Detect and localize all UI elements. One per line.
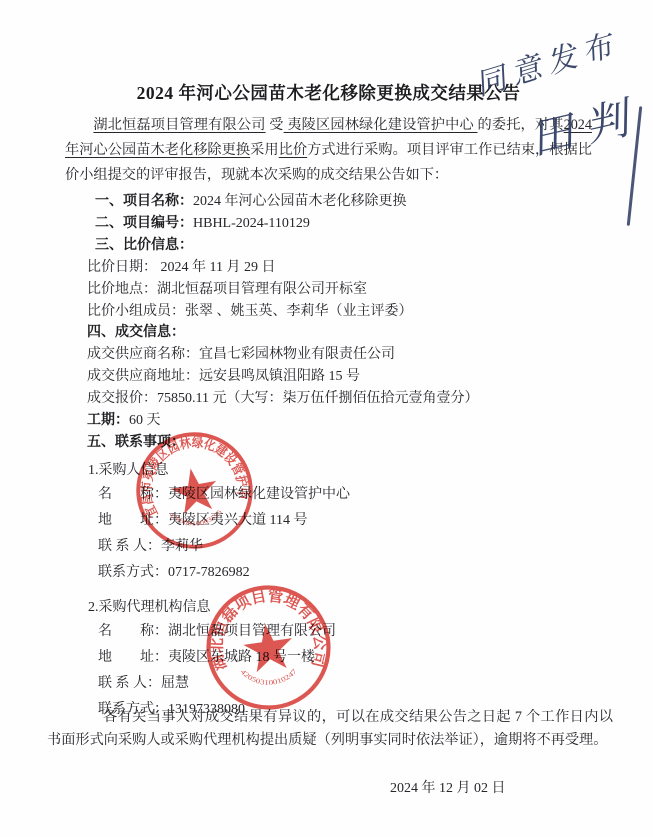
section-bidding-info-label: 三、比价信息： <box>95 238 193 253</box>
section-project-number: 二、项目编号：HBHL-2024-110129 <box>65 213 592 235</box>
deal-price-line: 成交报价：75850.11 元（大写：柒万伍仟捌佰伍拾元壹角壹分） <box>65 388 592 410</box>
stamp-serial-number: 42050610003555 <box>167 502 226 533</box>
purchaser-official-stamp: 宜昌市夷陵区园林绿化建设管护中心 42050610003555 <box>134 430 255 551</box>
bidding-place-line: 比价地点：湖北恒磊项目管理有限公司开标室 <box>65 279 592 301</box>
scanned-document-page: 2024 年河心公园苗木老化移除更换成交结果公告 湖北恒磊项目管理有限公司 受 … <box>0 0 653 837</box>
supplier-address-value: 远安县鸣凤镇沮阳路 15 号 <box>199 369 360 384</box>
agent-official-stamp: 湖北恒磊项目管理有限公司 42050310010247 <box>204 583 333 712</box>
bidding-date-line: 比价日期： 2024 年 11 月 29 日 <box>65 257 592 279</box>
bidding-members-value: 张翠 、姚玉英、李莉华（业主评委） <box>185 304 413 319</box>
purchaser-phone-label: 联系方式： <box>98 565 168 580</box>
bidding-members-line: 比价小组成员：张翠 、姚玉英、李莉华（业主评委） <box>65 301 592 323</box>
bidding-date-value: 2024 年 11 月 29 日 <box>157 260 275 275</box>
agent-person-label: 联 系 人： <box>98 676 161 691</box>
sections: 一、项目名称：2024 年河心公园苗木老化移除更换 二、项目编号：HBHL-20… <box>65 191 592 454</box>
deal-price-label: 成交报价： <box>87 391 157 406</box>
bidding-place-label: 比价地点： <box>87 282 157 297</box>
bidding-place-value: 湖北恒磊项目管理有限公司开标室 <box>157 282 367 297</box>
agent-person-value: 屈慧 <box>161 676 189 691</box>
section-bidding-info: 三、比价信息： <box>65 235 592 257</box>
section-project-name-label: 一、项目名称： <box>95 194 193 209</box>
purchaser-phone-line: 联系方式：0717-7826982 <box>65 560 592 586</box>
bidding-members-label: 比价小组成员： <box>87 304 185 319</box>
supplier-name-label: 成交供应商名称： <box>87 347 199 362</box>
supplier-name-line: 成交供应商名称：宜昌七彩园林物业有限责任公司 <box>65 344 592 366</box>
intro-text-1: 受 <box>266 117 284 133</box>
bidding-date-label: 比价日期： <box>87 260 157 275</box>
section-deal-info: 四、成交信息： <box>65 322 592 344</box>
closing-paragraph: 各有关当事人对成交结果有异议的，可以在成交结果公告之日起 7 个工作日内以书面形… <box>47 706 613 751</box>
duration-line: 工期：60 天 <box>65 410 592 432</box>
agent-address-label: 地 址： <box>98 650 168 665</box>
section-project-name: 一、项目名称：2024 年河心公园苗木老化移除更换 <box>65 191 592 213</box>
method-underlined: 比价 <box>279 142 308 158</box>
agent-name-label: 名 称： <box>98 624 168 639</box>
star-icon <box>168 464 221 515</box>
section-deal-info-label: 四、成交信息： <box>87 325 185 340</box>
section-project-number-label: 二、项目编号： <box>95 216 193 231</box>
star-icon <box>241 620 296 673</box>
deal-price-value: 75850.11 元（大写：柒万伍仟捌佰伍拾元壹角壹分） <box>157 391 478 406</box>
supplier-address-line: 成交供应商地址：远安县鸣凤镇沮阳路 15 号 <box>65 366 592 388</box>
duration-label: 工期： <box>87 413 129 428</box>
duration-value: 60 天 <box>129 413 161 428</box>
announcement-date: 2024 年 12 月 02 日 <box>390 777 506 797</box>
supplier-name-value: 宜昌七彩园林物业有限责任公司 <box>199 347 395 362</box>
supplier-address-label: 成交供应商地址： <box>87 369 199 384</box>
intro-text-3: 采用 <box>250 142 279 158</box>
purchaser-phone-value: 0717-7826982 <box>168 565 250 580</box>
project-name-value: 2024 年河心公园苗木老化移除更换 <box>193 194 407 209</box>
agency-name-underlined: 湖北恒磊项目管理有限公司 <box>93 117 265 133</box>
project-number-value: HBHL-2024-110129 <box>193 216 310 231</box>
stamp-serial-number: 42050310010247 <box>238 660 300 691</box>
intro-paragraph: 湖北恒磊项目管理有限公司 受 夷陵区园林绿化建设管护中心 的委托，对其2024 … <box>65 113 592 188</box>
purchaser-name-underlined: 夷陵区园林绿化建设管护中心 <box>284 117 478 133</box>
